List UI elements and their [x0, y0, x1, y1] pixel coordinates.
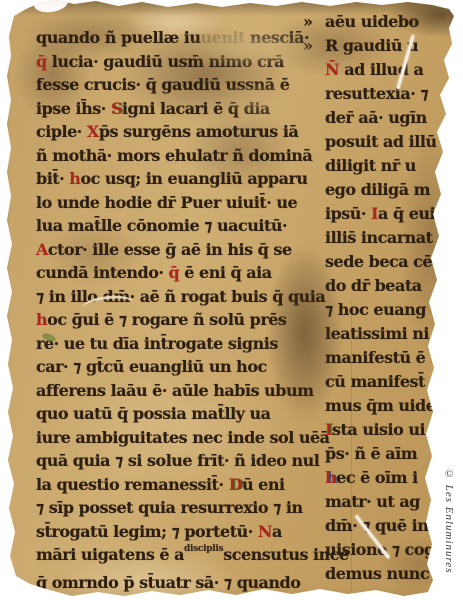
text-segment: iure ambiguitates nec inde sol uēā: [36, 428, 330, 447]
text-segment: R gaudiū u: [325, 36, 418, 55]
manuscript-leaf: quando ñ puellæ iuuenit nesciā· q̄ lucia…: [0, 0, 463, 600]
text-segment: S: [111, 99, 122, 118]
text-segment: resuttexia· ⁊: [325, 84, 428, 103]
text-segment: a q̄ eui: [378, 204, 435, 223]
text-segment: re· ue tu dīa int̄rogate signis: [36, 334, 278, 353]
text-segment: ū eni: [242, 475, 285, 494]
text-segment: ē eni q̄ aia: [179, 263, 271, 282]
text-segment: ego diligā m: [325, 180, 430, 199]
text-segment: la questio remanessit̄·: [36, 475, 229, 494]
text-segment: N: [258, 522, 272, 541]
text-segment: ipse ih̄s·: [36, 99, 111, 118]
text-segment: posuit ad illū: [325, 132, 437, 151]
text-segment: demus nunc p: [325, 564, 445, 583]
photo-canvas: quando ñ puellæ iuuenit nesciā· q̄ lucia…: [0, 0, 463, 600]
text-line: demus nunc p: [301, 562, 445, 586]
text-segment: a: [272, 522, 282, 541]
text-segment: D: [229, 475, 242, 494]
text-segment: quā quia ⁊ si solue frīt· ñ ideo nul: [36, 451, 319, 470]
text-segment: h: [36, 310, 47, 329]
text-line: ego diligā m: [301, 178, 445, 202]
text-segment: māri uigatens ē a: [36, 545, 184, 564]
text-line: diligit nr̄ u: [301, 154, 445, 178]
dark-stain: [268, 245, 342, 425]
text-segment: ⁊ sīp posset quia resurrexio ⁊ in: [36, 498, 303, 517]
text-segment: lo unde hodie dr̄ Puer uiuit̄· ue: [36, 193, 297, 212]
text-segment: ad illud a: [339, 60, 423, 79]
text-segment: I: [371, 204, 378, 223]
text-segment: ñ mothā· mors ehulatr ñ dominā: [36, 146, 312, 165]
text-segment: quo uatū q̄ possia mat̄lly ua: [36, 404, 271, 423]
text-segment: der̄ aā· ugīn: [325, 108, 427, 127]
text-line: dm̄· ⁊ quē in: [301, 514, 445, 538]
text-segment: sta uisio ui: [332, 420, 425, 439]
text-segment: ec ē oīm i: [336, 468, 418, 487]
text-line: p̄s· ñ ē aīm: [301, 442, 445, 466]
text-line: matr· ut ag: [301, 490, 445, 514]
text-line: posuit ad illū: [301, 130, 445, 154]
text-segment: car· ⁊ gt̄cū euangliū un hoc: [36, 357, 267, 376]
text-segment: A: [36, 240, 48, 259]
text-segment: h: [69, 169, 80, 188]
text-segment: aēu uidebo: [325, 12, 419, 31]
text-segment: p̄s surgēns amoturus iā: [99, 122, 299, 141]
text-segment: st̄rogatū legim; ⁊ portetū·: [36, 522, 258, 541]
copyright-watermark: © Les Enluminures: [443, 468, 455, 600]
text-segment: bit̄·: [36, 169, 69, 188]
text-segment: ciple·: [36, 122, 87, 141]
text-segment: q̄ omrndo p̄ st̄uatr sā· ⁊ quando: [36, 573, 300, 592]
text-line: hec ē oīm i: [301, 466, 445, 490]
text-segment: X: [87, 122, 99, 141]
text-segment: ipsū·: [325, 204, 371, 223]
text-segment: diligit nr̄ u: [325, 156, 416, 175]
text-segment: disciplis: [184, 538, 223, 562]
text-segment: ctor· ille esse ḡ aē in his q̄ se: [48, 240, 292, 259]
worn-faded-area: [185, 25, 325, 71]
text-segment: lua mat̄lle cōnomie ⁊ uacuitū·: [36, 216, 287, 235]
text-segment: q̄: [36, 52, 47, 71]
text-segment: N̄: [325, 60, 339, 79]
text-segment: p̄s· ñ ē aīm: [325, 444, 417, 463]
text-line: resuttexia· ⁊: [301, 82, 445, 106]
text-segment: matr· ut ag: [325, 492, 420, 511]
text-segment: h: [325, 468, 336, 487]
text-line: uisione ⁊ cog: [301, 538, 445, 562]
text-line: der̄ aā· ugīn: [301, 106, 445, 130]
worn-faded-area: [215, 80, 305, 120]
text-line: ipsū· Ia q̄ eui: [301, 202, 445, 226]
text-segment: oc ḡui ē ⁊ rogare ñ solū prēs: [47, 310, 286, 329]
text-segment: q̄: [169, 263, 180, 282]
text-segment: oc usq; in euangliū apparu: [80, 169, 307, 188]
text-segment: dm̄· ⁊ quē in: [325, 516, 428, 535]
text-segment: cundā intendo·: [36, 263, 169, 282]
text-segment: quando ñ puellæ iu: [36, 28, 201, 47]
